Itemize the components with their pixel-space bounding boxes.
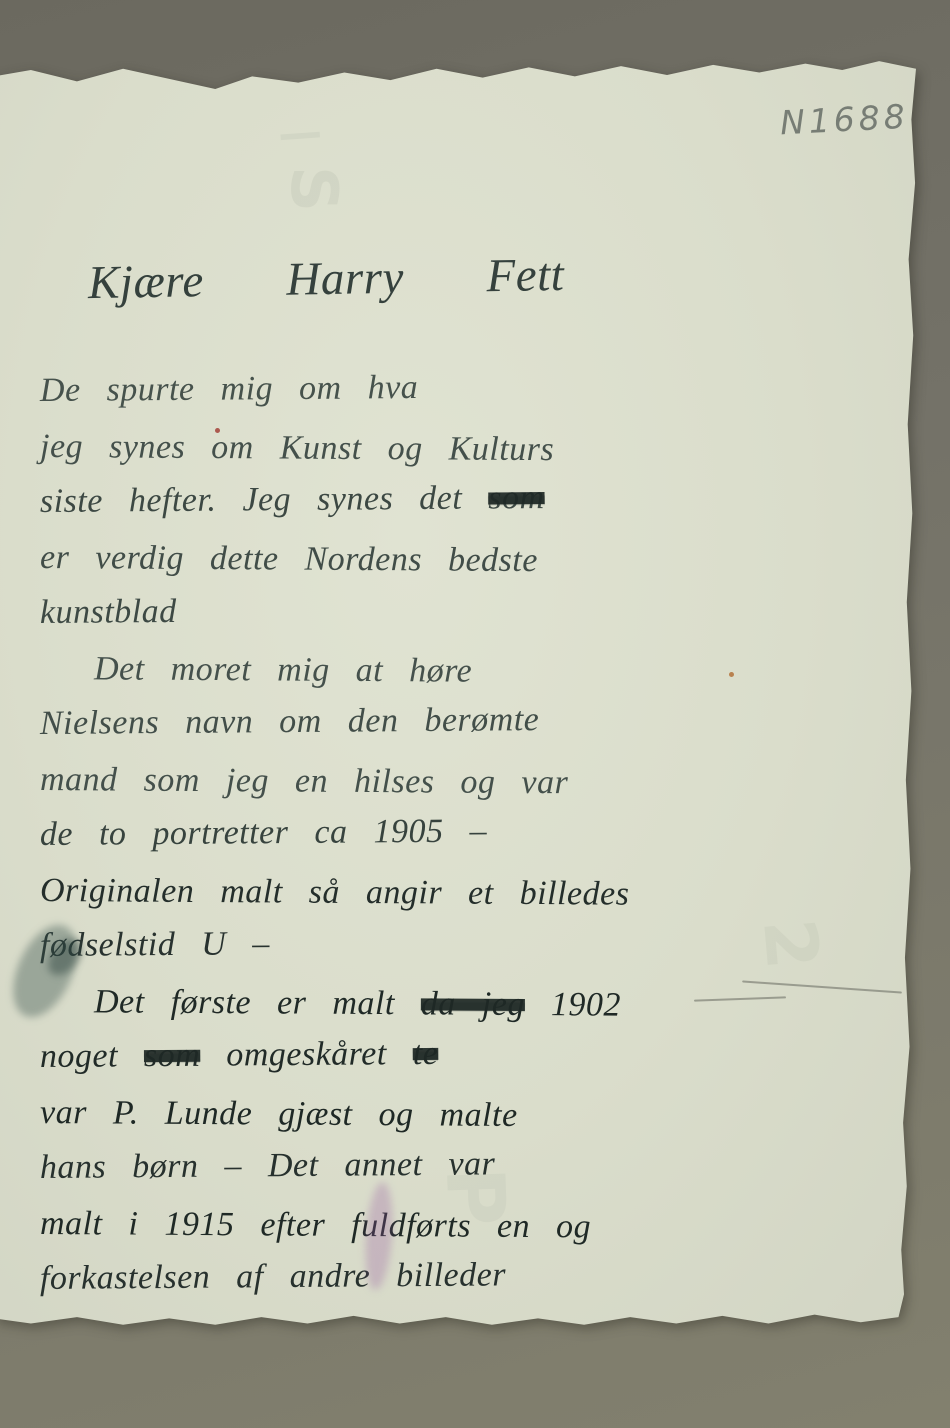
handwritten-text: Det første er malt xyxy=(94,983,395,1022)
ghost-bleed-letter: — xyxy=(276,107,323,161)
letter-photo: { "photo": { "background_top_color": "#6… xyxy=(0,0,950,1428)
letter-lines: De spurte mig om hva jeg synes om Kunst … xyxy=(40,372,900,1316)
letter-paper: N1688 Kjære Harry Fett De spurte mig om … xyxy=(0,56,916,1326)
paper-shadow-wrap: N1688 Kjære Harry Fett De spurte mig om … xyxy=(0,0,950,1428)
struck-word: da jeg xyxy=(421,985,525,1023)
struck-word: te xyxy=(413,1035,439,1072)
handwritten-text: omgeskåret xyxy=(226,1035,387,1073)
struck-word: som xyxy=(144,1037,201,1074)
handwritten-line: siste hefter. Jeg synes det som xyxy=(40,476,900,538)
struck-word: som xyxy=(488,479,545,516)
handwritten-line: de to portretter ca 1905 – xyxy=(40,809,900,871)
handwritten-text: var P. Lunde gjæst og malte xyxy=(40,1094,518,1134)
handwritten-text: malt i 1915 efter fuldførts en og xyxy=(40,1205,591,1245)
handwritten-text: Originalen malt så angir et billedes xyxy=(40,872,630,913)
handwritten-text: hans børn – Det annet var xyxy=(40,1145,496,1186)
handwritten-text: forkastelsen af andre billeder xyxy=(40,1256,506,1297)
handwritten-line: forkastelsen af andre billeder xyxy=(40,1253,900,1315)
handwritten-text: mand som jeg en hilses og var xyxy=(40,761,568,801)
handwritten-text: de to portretter ca 1905 – xyxy=(40,812,487,853)
handwritten-text: jeg synes om Kunst og Kulturs xyxy=(40,428,554,468)
handwritten-line: kunstblad xyxy=(40,587,900,649)
handwritten-text: kunstblad xyxy=(40,593,177,631)
paper-speck xyxy=(729,672,734,677)
handwritten-text: 1902 xyxy=(551,986,621,1023)
handwritten-text: er verdig dette Nordens bedste xyxy=(40,539,538,579)
handwritten-text: Nielsens navn om den berømte xyxy=(40,701,540,742)
paper-speck xyxy=(215,428,220,433)
salutation-line: Kjære Harry Fett xyxy=(88,248,565,310)
handwritten-line: De spurte mig om hva xyxy=(40,365,900,427)
handwritten-line: fødselstid U – xyxy=(40,920,900,982)
catalog-number-annotation: N1688 xyxy=(779,97,910,143)
handwritten-line: Nielsens navn om den berømte xyxy=(40,698,900,760)
handwritten-line: noget som omgeskåret te xyxy=(40,1031,900,1093)
handwritten-text: Det moret mig at høre xyxy=(94,650,472,689)
ghost-bleed-letter: S xyxy=(276,166,350,212)
handwritten-text: De spurte mig om hva xyxy=(40,369,419,409)
handwritten-text: siste hefter. Jeg synes det xyxy=(40,480,463,520)
handwritten-line: hans børn – Det annet var xyxy=(40,1142,900,1204)
handwritten-text: noget xyxy=(40,1037,118,1075)
